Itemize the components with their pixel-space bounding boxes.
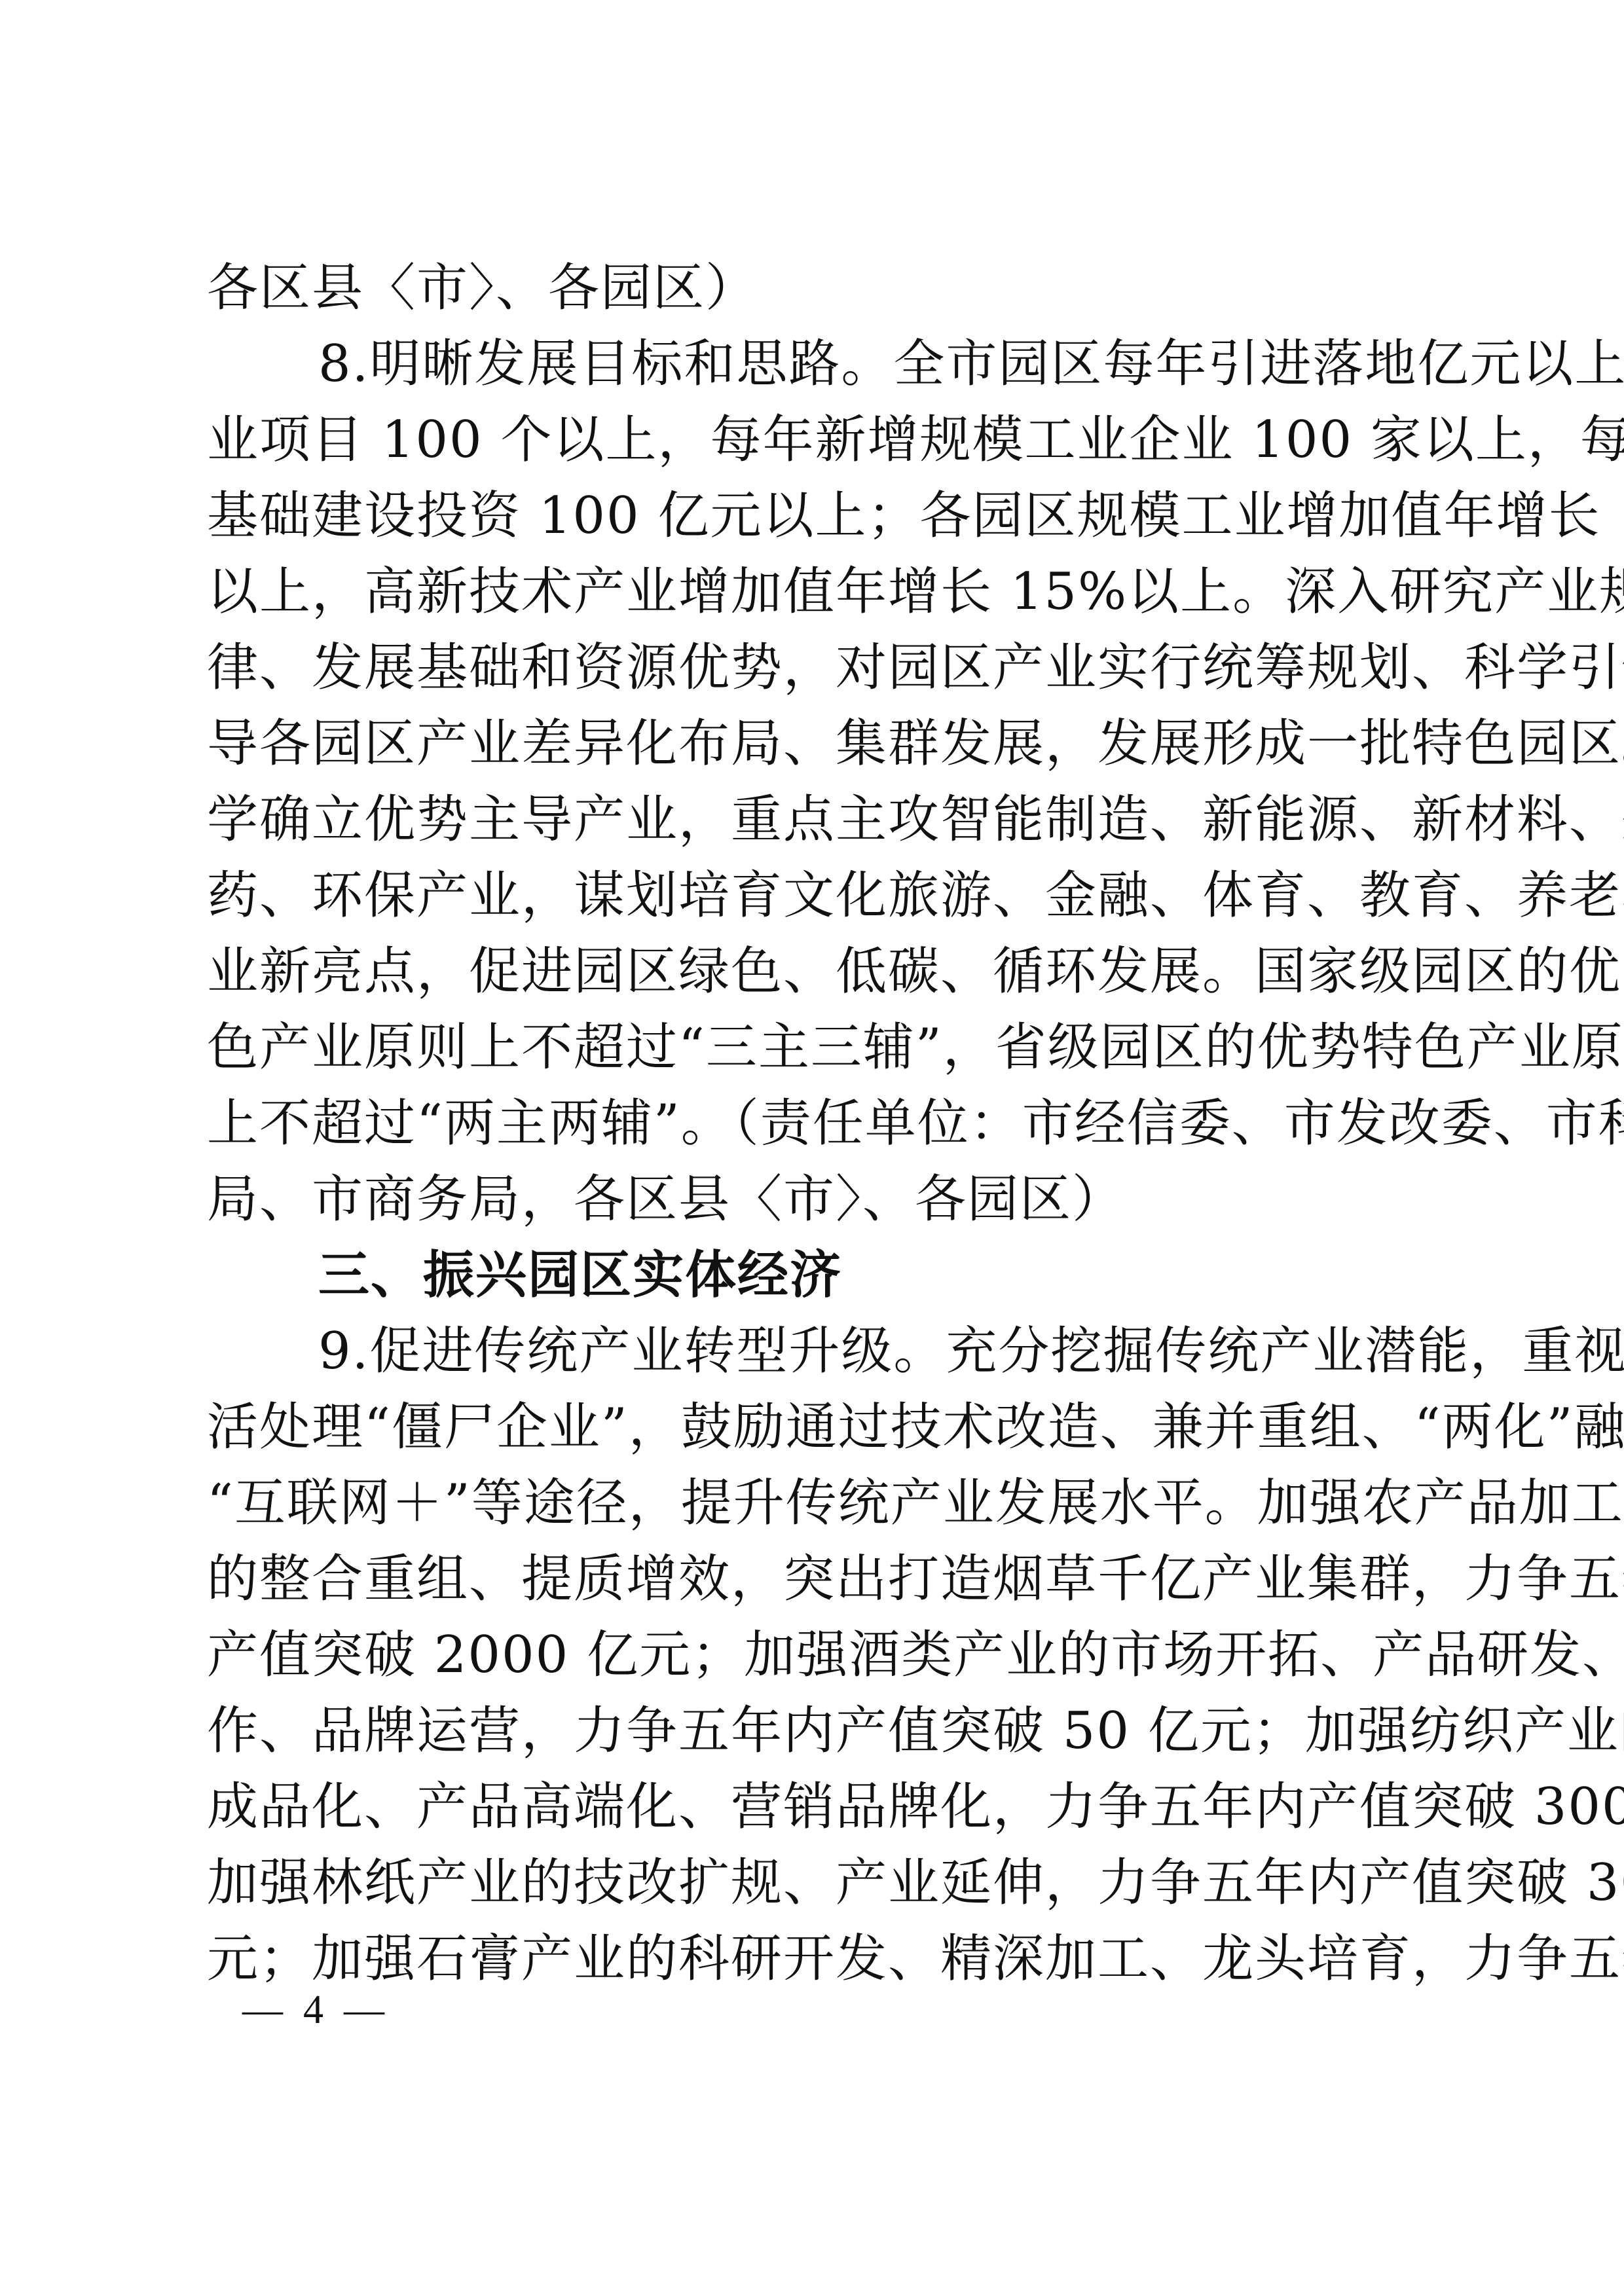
text-line: 上不超过“两主两辅”。（责任单位：市经信委、市发改委、市科技 [207,1085,1425,1161]
text-line: 产值突破 2000 亿元；加强酒类产业的市场开拓、产品研发、资本运 [207,1617,1425,1693]
text-line: 加强林纸产业的技改扩规、产业延伸，力争五年内产值突破 300 亿 [207,1845,1425,1921]
text-line: 活处理“僵尸企业”，鼓励通过技术改造、兼并重组、“两化”融合、 [207,1389,1425,1465]
text-line: 学确立优势主导产业，重点主攻智能制造、新能源、新材料、生物医 [207,782,1425,858]
item-9-text: 促进传统产业转型升级。充分挖掘传统产业潜能，重视盘 [369,1322,1624,1381]
text-line: 药、环保产业，谋划培育文化旅游、金融、体育、教育、养老养生等产 [207,858,1425,934]
item-9-first-line: 9.促进传统产业转型升级。充分挖掘传统产业潜能，重视盘 [318,1313,1425,1389]
text-line: 业新亮点，促进园区绿色、低碳、循环发展。国家级园区的优势特 [207,934,1425,1010]
item-9-number: 9. [318,1322,369,1381]
text-line: 的整合重组、提质增效，突出打造烟草千亿产业集群，力争五年内 [207,1541,1425,1617]
page-number: — 4 — [242,1987,384,2033]
section-heading: 三、振兴园区实体经济 [318,1237,1425,1313]
text-line: 色产业原则上不超过“三主三辅”，省级园区的优势特色产业原则 [207,1010,1425,1085]
text-line: 以上，高新技术产业增加值年增长 15%以上。深入研究产业规 [207,554,1425,630]
text-line: 基础建设投资 100 亿元以上；各园区规模工业增加值年增长 10% [207,478,1425,554]
text-line: 作、品牌运营，力争五年内产值突破 50 亿元；加强纺织产业的产出 [207,1693,1425,1769]
text-line: 元；加强石膏产业的科研开发、精深加工、龙头培育，力争五年内产 [207,1921,1425,1997]
text-line: 成品化、产品高端化、营销品牌化，力争五年内产值突破 300 亿元； [207,1769,1425,1845]
item-8-first-line: 8.明晰发展目标和思路。全市园区每年引进落地亿元以上产 [318,326,1425,402]
text-line: 各区县〈市〉、各园区） [207,250,1425,326]
text-line: 局、市商务局，各区县〈市〉、各园区） [207,1161,1425,1237]
text-line: 业项目 100 个以上，每年新增规模工业企业 100 家以上，每年完成 [207,402,1425,478]
text-line: “互联网＋”等途径，提升传统产业发展水平。加强农产品加工业 [207,1465,1425,1541]
item-8-text: 明晰发展目标和思路。全市园区每年引进落地亿元以上产 [369,335,1624,393]
text-line: 导各园区产业差异化布局、集群发展，发展形成一批特色园区。科 [207,706,1425,782]
document-page: 各区县〈市〉、各园区） 8.明晰发展目标和思路。全市园区每年引进落地亿元以上产 … [0,0,1624,2296]
item-8-number: 8. [318,335,369,393]
text-line: 律、发展基础和资源优势，对园区产业实行统筹规划、科学引领，引 [207,630,1425,706]
